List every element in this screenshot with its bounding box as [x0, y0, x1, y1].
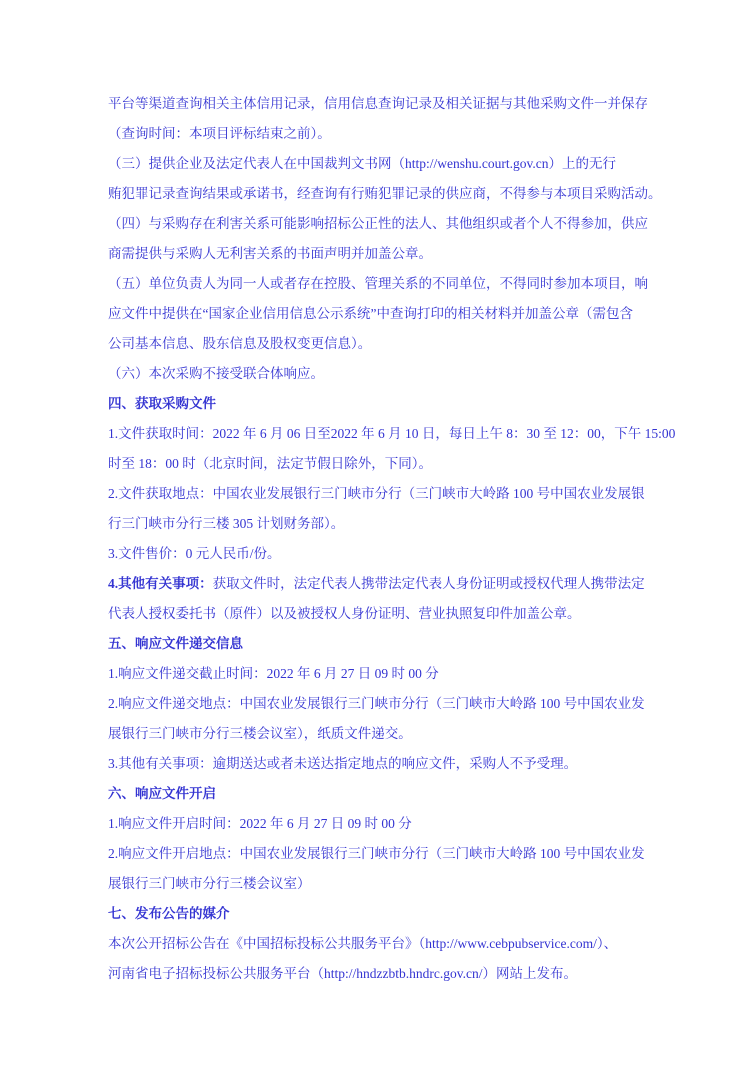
text-line: 本次公开招标公告在《中国招标投标公共服务平台》（http://www.cebpu…: [108, 929, 650, 959]
text-line: 贿犯罪记录查询结果或承诺书，经查询有行贿犯罪记录的供应商，不得参与本项目采购活动…: [108, 179, 650, 209]
text-line: 1.响应文件开启时间：2022 年 6 月 27 日 09 时 00 分: [108, 809, 650, 839]
text-line: 时至 18：00 时（北京时间，法定节假日除外，下同）。: [108, 449, 650, 479]
text-line: （查询时间：本项目评标结束之前）。: [108, 119, 650, 149]
text-line: （六）本次采购不接受联合体响应。: [108, 359, 650, 389]
section-heading: 四、获取采购文件: [108, 389, 650, 419]
text-line: 1.文件获取时间：2022 年 6 月 06 日至2022 年 6 月 10 日…: [108, 419, 650, 449]
text-line: 2.响应文件递交地点：中国农业发展银行三门峡市分行（三门峡市大岭路 100 号中…: [108, 689, 650, 719]
line-bold-prefix: 4.其他有关事项：: [108, 576, 213, 591]
text-line: 2.响应文件开启地点：中国农业发展银行三门峡市分行（三门峡市大岭路 100 号中…: [108, 839, 650, 869]
section-heading: 七、发布公告的媒介: [108, 899, 650, 929]
text-line: 行三门峡市分行三楼 305 计划财务部）。: [108, 509, 650, 539]
text-line: 展银行三门峡市分行三楼会议室）: [108, 869, 650, 899]
document-page: 平台等渠道查询相关主体信用记录，信用信息查询记录及相关证据与其他采购文件一并保存…: [0, 0, 752, 1065]
section-heading: 五、响应文件递交信息: [108, 629, 650, 659]
text-line: 平台等渠道查询相关主体信用记录，信用信息查询记录及相关证据与其他采购文件一并保存: [108, 89, 650, 119]
text-line: （四）与采购存在利害关系可能影响招标公正性的法人、其他组织或者个人不得参加，供应: [108, 209, 650, 239]
text-line: 3.文件售价：0 元人民币/份。: [108, 539, 650, 569]
text-line: 代表人授权委托书（原件）以及被授权人身份证明、营业执照复印件加盖公章。: [108, 599, 650, 629]
text-line: 应文件中提供在“国家企业信用信息公示系统”中查询打印的相关材料并加盖公章（需包含: [108, 299, 650, 329]
text-line: 2.文件获取地点：中国农业发展银行三门峡市分行（三门峡市大岭路 100 号中国农…: [108, 479, 650, 509]
text-line: 河南省电子招标投标公共服务平台（http://hndzzbtb.hndrc.go…: [108, 959, 650, 989]
text-line: （五）单位负责人为同一人或者存在控股、管理关系的不同单位，不得同时参加本项目，响: [108, 269, 650, 299]
text-line: （三）提供企业及法定代表人在中国裁判文书网（http://wenshu.cour…: [108, 149, 650, 179]
text-line: 公司基本信息、股东信息及股权变更信息）。: [108, 329, 650, 359]
section-heading: 六、响应文件开启: [108, 779, 650, 809]
text-line: 3.其他有关事项：逾期送达或者未送达指定地点的响应文件，采购人不予受理。: [108, 749, 650, 779]
text-line: 商需提供与采购人无利害关系的书面声明并加盖公章。: [108, 239, 650, 269]
document-content: 平台等渠道查询相关主体信用记录，信用信息查询记录及相关证据与其他采购文件一并保存…: [108, 89, 650, 989]
text-line: 1.响应文件递交截止时间：2022 年 6 月 27 日 09 时 00 分: [108, 659, 650, 689]
line-text: 获取文件时，法定代表人携带法定代表人身份证明或授权代理人携带法定: [213, 576, 645, 591]
text-line: 4.其他有关事项：获取文件时，法定代表人携带法定代表人身份证明或授权代理人携带法…: [108, 569, 650, 599]
text-line: 展银行三门峡市分行三楼会议室），纸质文件递交。: [108, 719, 650, 749]
